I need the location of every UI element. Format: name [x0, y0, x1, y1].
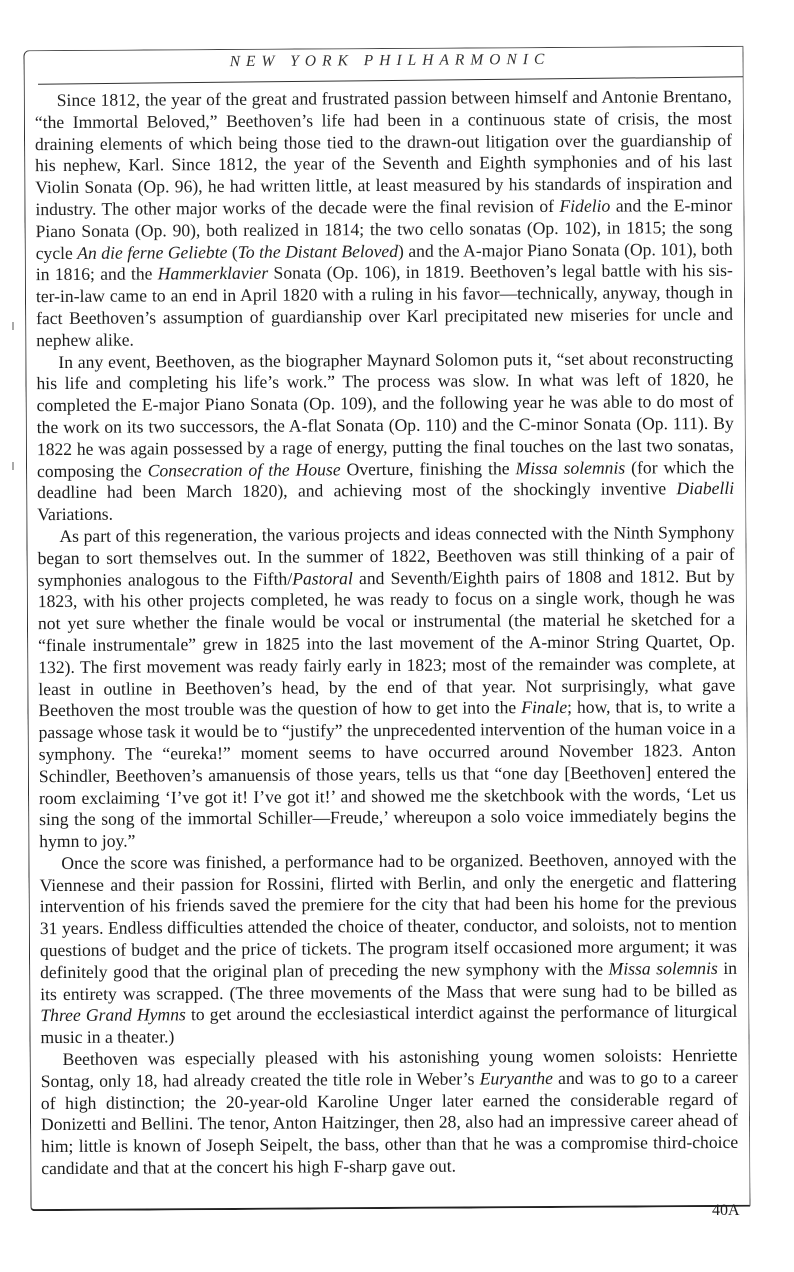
paragraph: Since 1812, the year of the great and fr…: [35, 86, 734, 352]
italic-title: Missa solemnis: [515, 457, 625, 478]
paragraph: Beethoven was especially pleased with hi…: [41, 1045, 739, 1180]
italic-title: To the Distant Beloved: [238, 241, 398, 262]
page-number: 40A: [712, 1202, 740, 1220]
paragraph: Once the score was finished, a performan…: [39, 849, 737, 1049]
paragraph: As part of this regeneration, the variou…: [37, 522, 736, 853]
scan-mark: [12, 322, 14, 330]
italic-title: An die ferne Geliebte: [77, 242, 227, 263]
italic-title: Finale: [521, 697, 567, 717]
italic-title: Euryanthe: [480, 1068, 553, 1088]
italic-title: Three Grand Hymns: [40, 1005, 186, 1026]
italic-title: Hammerklavier: [158, 263, 269, 284]
text-run: (: [227, 241, 237, 261]
italic-title: Pastoral: [292, 568, 353, 588]
italic-title: Fidelio: [559, 196, 610, 216]
italic-title: Consecration of the House: [148, 459, 341, 480]
italic-title: Diabelli: [676, 478, 734, 498]
scan-mark: [12, 462, 14, 470]
text-run: Variations.: [37, 504, 113, 524]
text-run: Overture, finishing the: [341, 458, 516, 479]
article-body: Since 1812, the year of the great and fr…: [35, 86, 739, 1180]
italic-title: Missa solemnis: [609, 958, 718, 979]
paragraph: In any event, Beethoven, as the biograph…: [36, 347, 734, 526]
